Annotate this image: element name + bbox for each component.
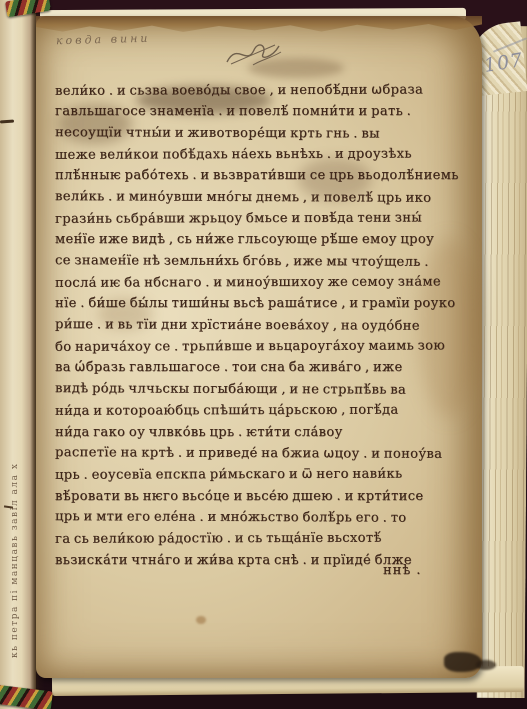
text-line: ва ѡ́бразь гавльшагосе . тои сна ба жива… [55, 357, 476, 378]
text-line: црь . еоусевїа епскпа ри́мьскаго и ѿ нег… [55, 463, 476, 486]
text-line: шеже вели́кои побѣ́дахь на́ехь вьнѣхь . … [55, 143, 476, 166]
foxing-stain [196, 616, 206, 624]
catchword: ннѣ . [383, 563, 421, 578]
text-line: посла́ иѥ ба нбснаго . и миноу́вшихоу же… [55, 271, 476, 294]
text-line: гавльшагосе знаменїа . и повелѣ́ помни́т… [55, 101, 476, 122]
manuscript-photo: вели́ко . и сьзва воево́ды свое , и непо… [0, 0, 527, 709]
margin-note-vertical: кь петра пі манцавь завіл ала х [10, 378, 30, 658]
endband-bottom-icon [0, 685, 53, 709]
margin-note-top: ковда вини [56, 32, 151, 47]
text-line: плѣ́нныѥ рабо́техь . и вьзврати́вши се ц… [55, 165, 476, 186]
ink-scribble-icon [223, 38, 285, 68]
text-line: мен́їе иже видѣ , сь ни́же гльсоующе рѣ́… [55, 229, 476, 250]
text-line: распетїе на кртѣ . и приведе́ на бжиа ѡц… [55, 442, 476, 465]
text-line: црь и мти его еле́на . и мно́жьство болѣ… [55, 506, 476, 529]
text-line: бо нарича́хоу се . трьпи́вше и вьцароуга… [55, 335, 476, 358]
text-line: ни́да и котороаю́бць спѣши́ть ца́рьскою … [55, 399, 476, 422]
text-line: несоущїи чтны́и и животворе́щи крть гнь … [55, 122, 476, 145]
text-line: нїе . би́ше бы́лы тиши́ны вьсѣ раша́тисе… [55, 293, 476, 314]
page-stack-edge [477, 26, 527, 698]
text-line: вели́ко . и сьзва воево́ды свое , и непо… [55, 79, 476, 102]
text-line: се знамен́їе нѣ земльни́хь бго́вь , иже … [55, 250, 476, 273]
text-line: ни́да гако оу члвко́вь црь . ѥти́ти сла́… [55, 422, 476, 443]
text-block: вели́ко . и сьзва воево́ды свое , и непо… [55, 80, 476, 571]
text-line: вели́кь . и мино́увши мно́гы днемь , и п… [55, 186, 476, 209]
text-line: ри́ше . и вь тїи дни хрїстиа́не воева́хо… [55, 314, 476, 337]
text-line: видѣ ро́дь члчьскы погыба́ющи , и не стр… [55, 378, 476, 401]
ink-blot [476, 660, 496, 670]
text-line: вѣ́ровати вь нѥго вьсо́це и вьсе́ю дшею … [55, 486, 476, 507]
text-line: грази́нь сьбра́вши жрьцоу бмьсе и повѣ́д… [55, 207, 476, 230]
text-line: га сь вели́кою ра́достїю . и сь тьща́нїе… [55, 527, 476, 550]
